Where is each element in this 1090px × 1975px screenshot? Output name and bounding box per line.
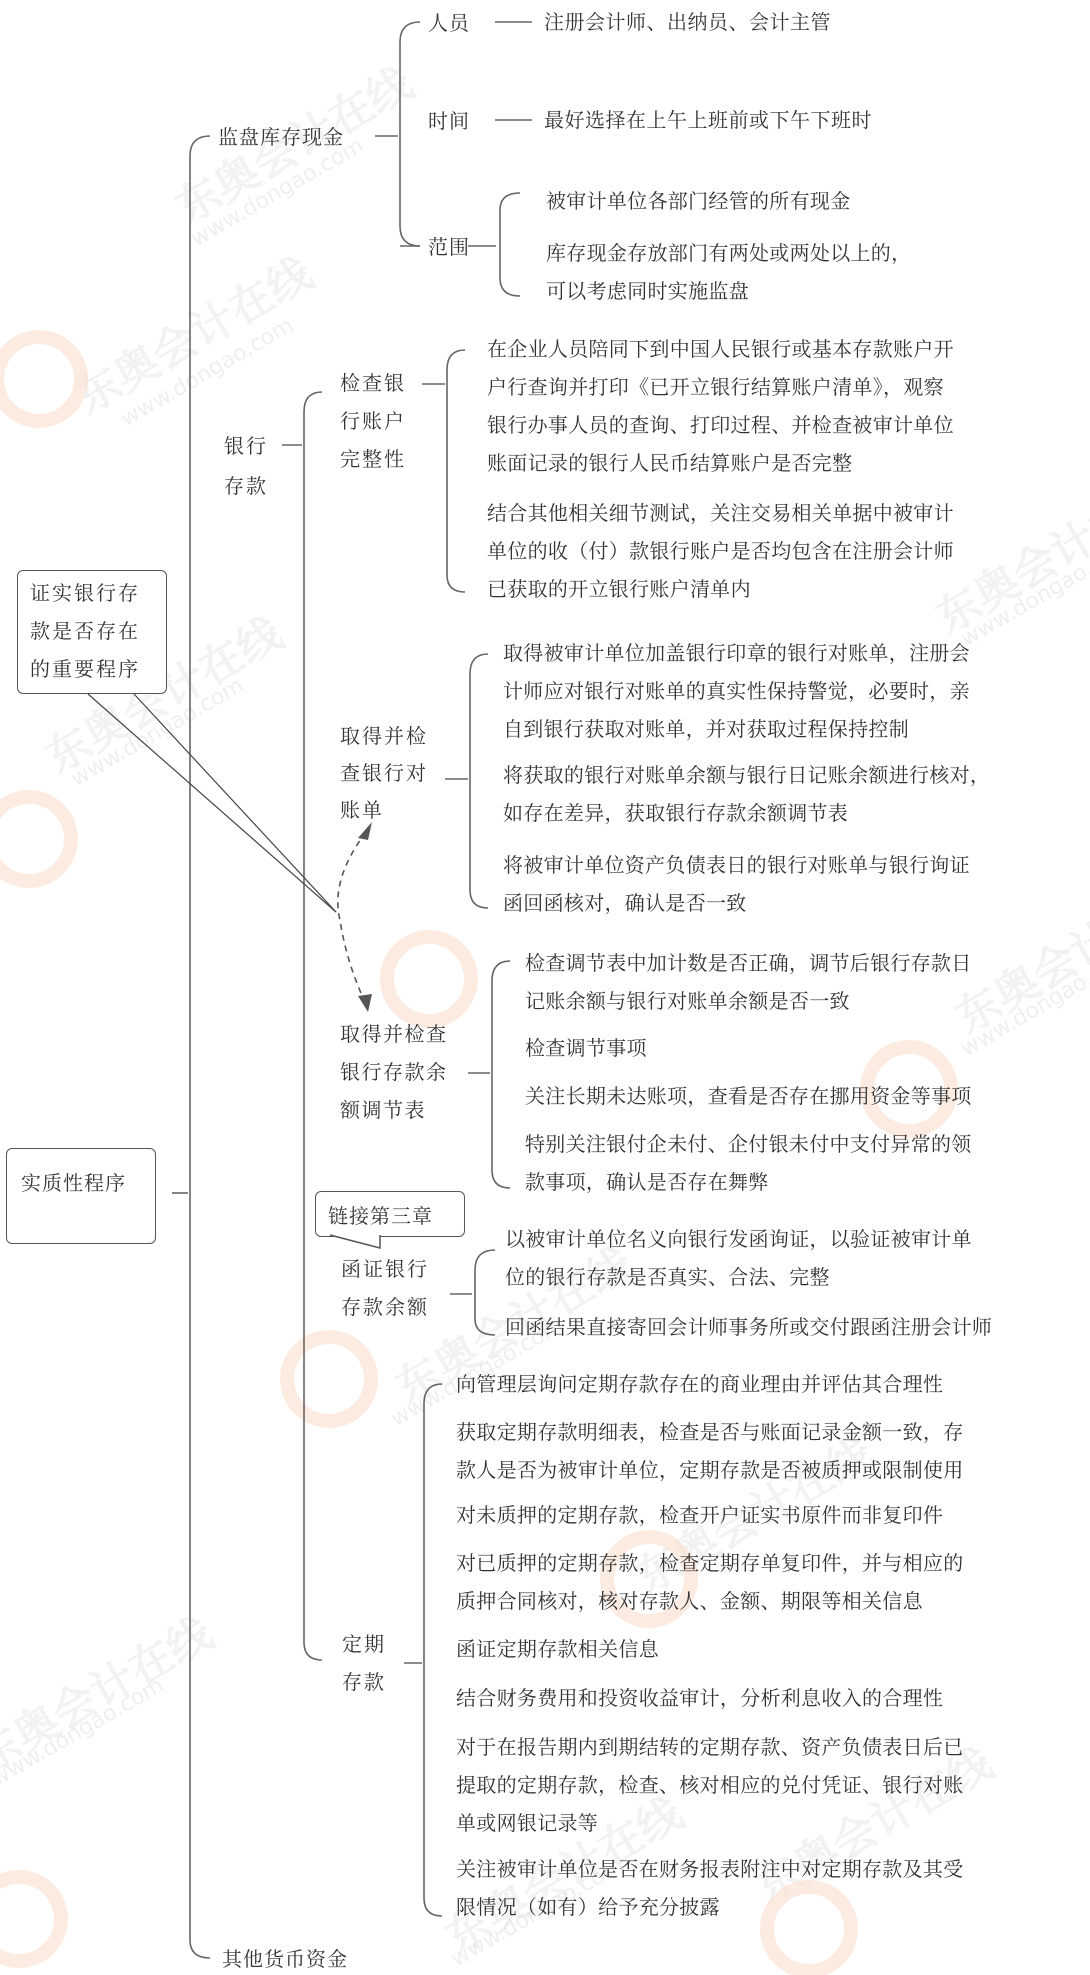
bank-item-3-content-4: 特别关注银付企未付、企付银未付中支付异常的领 款事项，确认是否存在舞弊 [525, 1125, 972, 1201]
cash-item-personnel-label[interactable]: 人员 [428, 4, 470, 42]
term-deposit-content-4: 对已质押的定期存款，检查定期存单复印件，并与相应的 质押合同核对，核对存款人、金… [456, 1544, 964, 1620]
bank-item-reconciliation-label[interactable]: 取得并检查 银行存款余 额调节表 [340, 1015, 448, 1129]
watermark-logo-icon [0, 790, 78, 888]
cash-scope-item-2: 库存现金存放部门有两处或两处以上的， 可以考虑同时实施监盘 [546, 234, 911, 310]
term-deposit-content-3: 对未质押的定期存款，检查开户证实书原件而非复印件 [456, 1496, 943, 1534]
branch-bank-label[interactable]: 银行 存款 [224, 426, 268, 506]
bank-item-2-content-2: 将获取的银行对账单余额与银行日记账余额进行核对， 如存在差异，获取银行存款余额调… [503, 756, 990, 832]
callout-text: 证实银行存 款是否存在 的重要程序 [30, 574, 140, 688]
branch-cash-label[interactable]: 监盘库存现金 [218, 118, 344, 156]
cash-item-personnel-content: 注册会计师、出纳员、会计主管 [544, 4, 831, 40]
bank-item-2-content-3: 将被审计单位资产负债表日的银行对账单与银行询证 函回函核对，确认是否一致 [503, 846, 970, 922]
callout-link-text: 链接第三章 [328, 1200, 433, 1229]
term-deposit-content-7: 对于在报告期内到期结转的定期存款、资产负债表日后已 提取的定期存款，检查、核对相… [456, 1728, 964, 1842]
bank-item-account-completeness-label[interactable]: 检查银 行账户 完整性 [340, 364, 406, 478]
bank-item-statement-label[interactable]: 取得并检 查银行对 账单 [340, 718, 428, 829]
cash-item-time-label[interactable]: 时间 [428, 102, 470, 140]
bank-item-1-content-2: 结合其他相关细节测试，关注交易相关单据中被审计 单位的收（付）款银行账户是否均包… [487, 494, 954, 608]
term-deposit-content-1: 向管理层询问定期存款存在的商业理由并评估其合理性 [456, 1365, 943, 1403]
bank-item-confirmation-label[interactable]: 函证银行 存款余额 [341, 1250, 429, 1326]
watermark-logo-icon [0, 1870, 68, 1968]
term-deposit-content-8: 关注被审计单位是否在财务报表附注中对定期存款及其受 限情况（如有）给予充分披露 [456, 1850, 964, 1926]
term-deposit-content-2: 获取定期存款明细表，检查是否与账面记录金额一致，存 款人是否为被审计单位，定期存… [456, 1413, 964, 1489]
callout-link-chapter3[interactable]: 链接第三章 [315, 1191, 465, 1237]
bank-item-3-content-1: 检查调节表中加计数是否正确，调节后银行存款日 记账余额与银行对账单余额是否一致 [525, 944, 972, 1020]
branch-other-label[interactable]: 其他货币资金 [222, 1940, 348, 1975]
callout-bank-existence: 证实银行存 款是否存在 的重要程序 [17, 570, 167, 694]
bank-item-4-content-2: 回函结果直接寄回会计师事务所或交付跟函注册会计师 [505, 1308, 992, 1346]
root-label: 实质性程序 [21, 1167, 126, 1196]
term-deposit-content-6: 结合财务费用和投资收益审计，分析利息收入的合理性 [456, 1679, 943, 1717]
bank-item-2-content-1: 取得被审计单位加盖银行印章的银行对账单，注册会 计师应对银行对账单的真实性保持警… [503, 634, 970, 748]
bank-item-3-content-3: 关注长期未达账项，查看是否存在挪用资金等事项 [525, 1077, 972, 1115]
root-node[interactable]: 实质性程序 [6, 1148, 156, 1244]
bank-item-4-content-1: 以被审计单位名义向银行发函询证，以验证被审计单 位的银行存款是否真实、合法、完整 [505, 1220, 972, 1296]
cash-item-scope-label[interactable]: 范围 [428, 228, 470, 266]
bank-item-3-content-2: 检查调节事项 [525, 1029, 647, 1067]
watermark-logo-icon [280, 1330, 378, 1428]
cash-item-time-content: 最好选择在上午上班前或下午下班时 [544, 102, 872, 138]
bank-item-1-content-1: 在企业人员陪同下到中国人民银行或基本存款账户开 户行查询并打印《已开立银行结算账… [487, 330, 954, 482]
cash-scope-item-1: 被审计单位各部门经管的所有现金 [546, 182, 851, 220]
term-deposit-content-5: 函证定期存款相关信息 [456, 1630, 659, 1668]
watermark-logo-icon [380, 930, 478, 1028]
arrow-down-icon [358, 994, 372, 1012]
watermark-logo-icon [0, 330, 88, 428]
bank-item-term-deposit-label[interactable]: 定期 存款 [342, 1625, 386, 1701]
